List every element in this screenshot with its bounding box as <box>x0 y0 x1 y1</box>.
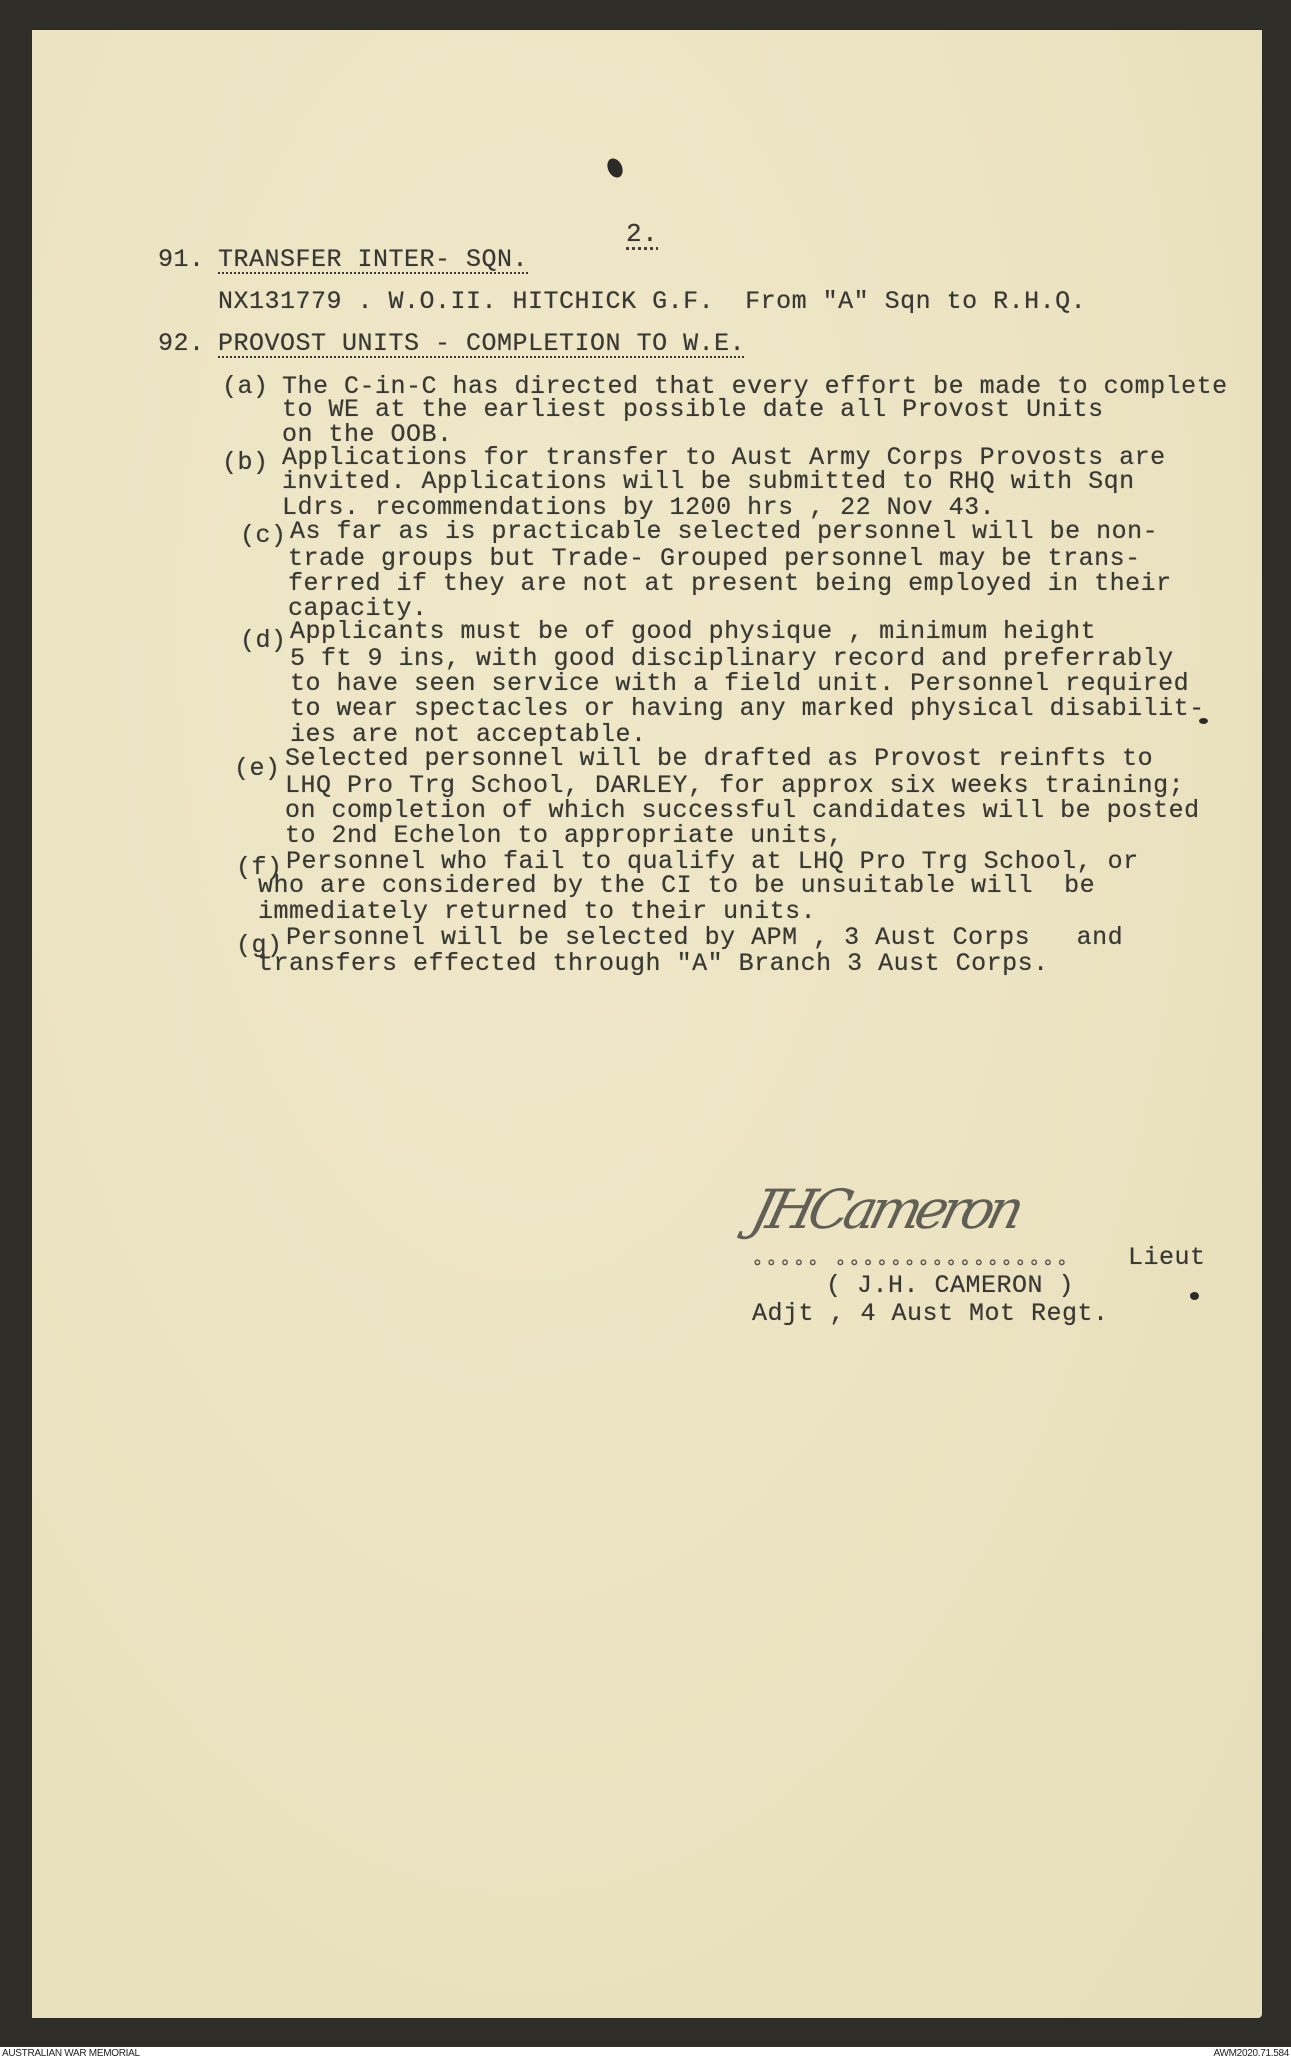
section-number: 91. <box>158 246 205 274</box>
item-line: Applicants must be of good physique , mi… <box>290 618 1096 646</box>
footer-accession-number: AWM2020.71.584 <box>1214 2048 1289 2059</box>
footer-institution: AUSTRALIAN WAR MEMORIAL <box>2 2048 140 2059</box>
section-heading: PROVOST UNITS - COMPLETION TO W.E. <box>218 330 745 358</box>
item-line: As far as is practicable selected person… <box>290 518 1158 546</box>
section-heading: TRANSFER INTER- SQN. <box>218 246 528 274</box>
page-number: 2. <box>626 220 658 248</box>
item-line: Personnel will be selected by APM , 3 Au… <box>286 924 1123 952</box>
item-line: to 2nd Echelon to appropriate units, <box>285 822 843 850</box>
item-line: who are considered by the CI to be unsui… <box>258 872 1095 900</box>
item-label: (c) <box>240 522 287 550</box>
item-line: to wear spectacles or having any marked … <box>290 695 1205 723</box>
signatory-name: ( J.H. CAMERON ) <box>826 1272 1074 1300</box>
item-line: transfers effected through "A" Branch 3 … <box>258 950 1049 978</box>
ink-blot-mark <box>604 156 625 180</box>
item-label: (a) <box>222 373 269 401</box>
transfer-line: NX131779 . W.O.II. HITCHICK G.F. From "A… <box>218 288 1086 316</box>
signatory-rank: Lieut <box>1128 1244 1206 1272</box>
signatory-appointment: Adjt , 4 Aust Mot Regt. <box>752 1300 1109 1328</box>
item-label: (b) <box>222 449 269 477</box>
item-line: immediately returned to their units. <box>258 898 816 926</box>
ink-speck-mark <box>1190 1292 1199 1300</box>
handwritten-signature: JHCameron <box>743 1178 1120 1248</box>
item-label: (d) <box>240 627 287 655</box>
item-line: Selected personnel will be drafted as Pr… <box>285 745 1153 773</box>
item-label: (e) <box>234 755 281 783</box>
item-line: invited. Applications will be submitted … <box>282 468 1135 496</box>
section-number: 92. <box>158 330 205 358</box>
